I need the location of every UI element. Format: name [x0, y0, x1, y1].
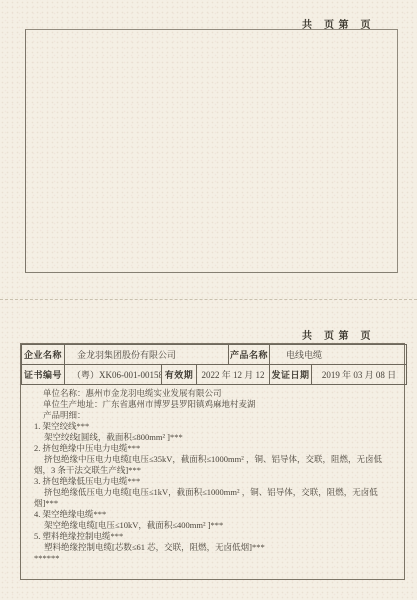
company-name-label: 企业名称 [22, 345, 65, 365]
unit-name-line: 单位名称：惠州市金龙羽电缆实业发展有限公司 [43, 388, 387, 399]
product-spec-line: 挤包绝缘低压电力电缆[电压≤1kV，截面积≤1000mm² ，铜、铝导体，交联，… [34, 487, 387, 509]
product-spec-line: 挤包绝缘中压电力电缆[电压≤35kV，截面积≤1000mm² ，铜、铝导体，交联… [34, 454, 387, 476]
perforation-line [0, 299, 417, 300]
table-row: 企业名称 金龙羽集团股份有限公司 产品名称 电线电缆 [22, 345, 407, 365]
product-spec-line: 塑料绝缘控制电缆[芯数≤61 芯，交联，阻燃，无卤低烟]*** [34, 542, 387, 553]
page-number-bottom: 共 页 第 页 [302, 327, 412, 342]
product-item-line: 5. 塑料绝缘控制电缆*** [34, 531, 387, 542]
unit-address-line: 单位生产地址：广东省惠州市博罗县罗阳镇鸡麻地村麦湖 [43, 399, 387, 410]
cert-number-label: 证书编号 [22, 365, 65, 385]
product-item-line: 2. 挤包绝缘中压电力电缆*** [34, 443, 387, 454]
certificate-info-table: 企业名称 金龙羽集团股份有限公司 产品名称 电线电缆 证书编号 （粤）XK06-… [21, 344, 407, 385]
product-name-value: 电线电缆 [270, 345, 407, 365]
certificate-detail-box: 企业名称 金龙羽集团股份有限公司 产品名称 电线电缆 证书编号 （粤）XK06-… [20, 343, 405, 580]
issue-date-label: 发证日期 [270, 365, 312, 385]
table-row: 证书编号 （粤）XK06-001-00158 有效期 2022 年 12 月 1… [22, 365, 407, 385]
product-detail-heading: 产品明细： [43, 410, 387, 421]
scanned-certificate-page: 共 页 第 页 共 页 第 页 企业名称 金龙羽集团股份有限公司 产品名称 电线… [0, 0, 417, 600]
end-marker-line: ****** [34, 553, 387, 564]
product-item-line: 4. 架空绝缘电缆*** [34, 509, 387, 520]
product-spec-line: 架空绝缘电缆[电压≤10kV，截面积≤400mm² ]*** [34, 520, 387, 531]
validity-value: 2022 年 12 月 12 [197, 365, 270, 385]
company-name-value: 金龙羽集团股份有限公司 [65, 345, 229, 365]
cert-number-value: （粤）XK06-001-00158 [65, 365, 162, 385]
product-item-line: 1. 架空绞线*** [34, 421, 387, 432]
blank-certificate-box [25, 29, 398, 273]
issue-date-value: 2019 年 03 月 08 日 [312, 365, 407, 385]
product-spec-line: 架空绞线[圆线，截面积≤800mm² ]*** [34, 432, 387, 443]
product-detail-text: 单位名称：惠州市金龙羽电缆实业发展有限公司 单位生产地址：广东省惠州市博罗县罗阳… [21, 385, 404, 564]
product-name-label: 产品名称 [229, 345, 270, 365]
validity-label: 有效期 [162, 365, 197, 385]
product-item-line: 3. 挤包绝缘低压电力电缆*** [34, 476, 387, 487]
